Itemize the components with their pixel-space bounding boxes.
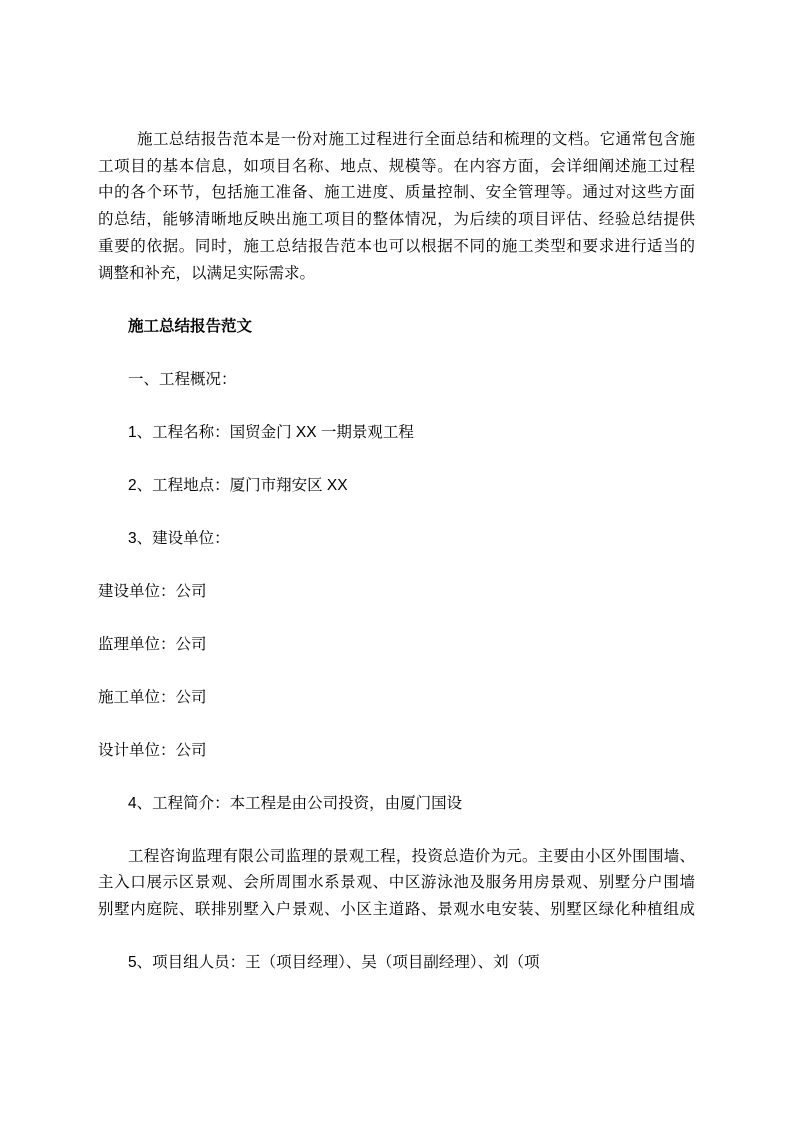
brief-line: 主入口展示区景观、会所周围水系景观、中区游泳池及服务用房景观、别墅分户围墙: [98, 870, 695, 897]
intro-line: 重要的依据。同时，施工总结报告范本也可以根据不同的施工类型和要求进行适当的: [98, 234, 695, 261]
intro-paragraph: 施工总结报告范本是一份对施工过程进行全面总结和梳理的文档。它通常包含施 工项目的…: [98, 127, 695, 287]
intro-line: 施工总结报告范本是一份对施工过程进行全面总结和梳理的文档。它通常包含施: [98, 127, 695, 154]
item-project-name: 1、工程名称：国贸金门 XX 一期景观工程: [98, 420, 695, 447]
intro-line: 的总结，能够清晰地反映出施工项目的整体情况，为后续的项目评估、经验总结提供: [98, 207, 695, 234]
brief-line: 别墅内庭院、联排别墅入户景观、小区主道路、景观水电安装、别墅区绿化种植组成: [98, 897, 695, 924]
line-design-unit: 设计单位：公司: [98, 738, 695, 765]
brief-paragraph: 工程咨询监理有限公司监理的景观工程，投资总造价为元。主要由小区外围围墙、 主入口…: [98, 844, 695, 924]
item-project-team: 5、项目组人员：王（项目经理）、吴（项目副经理）、刘（项: [98, 950, 695, 977]
item-construction-unit-label: 3、建设单位：: [98, 526, 695, 553]
section-heading-overview: 一、工程概况：: [98, 367, 695, 394]
item-project-location: 2、工程地点：厦门市翔安区 XX: [98, 473, 695, 500]
report-title: 施工总结报告范文: [98, 314, 695, 341]
document-page: 施工总结报告范本是一份对施工过程进行全面总结和梳理的文档。它通常包含施 工项目的…: [0, 0, 793, 1122]
line-construction-unit: 建设单位：公司: [98, 579, 695, 606]
line-builder-unit: 施工单位：公司: [98, 685, 695, 712]
intro-line: 工项目的基本信息，如项目名称、地点、规模等。在内容方面，会详细阐述施工过程: [98, 154, 695, 181]
intro-line: 中的各个环节，包括施工准备、施工进度、质量控制、安全管理等。通过对这些方面: [98, 180, 695, 207]
line-supervision-unit: 监理单位：公司: [98, 632, 695, 659]
item-project-brief: 4、工程简介：本工程是由公司投资，由厦门国设: [98, 791, 695, 818]
intro-line: 调整和补充，以满足实际需求。: [98, 261, 695, 288]
brief-line: 工程咨询监理有限公司监理的景观工程，投资总造价为元。主要由小区外围围墙、: [98, 844, 695, 871]
